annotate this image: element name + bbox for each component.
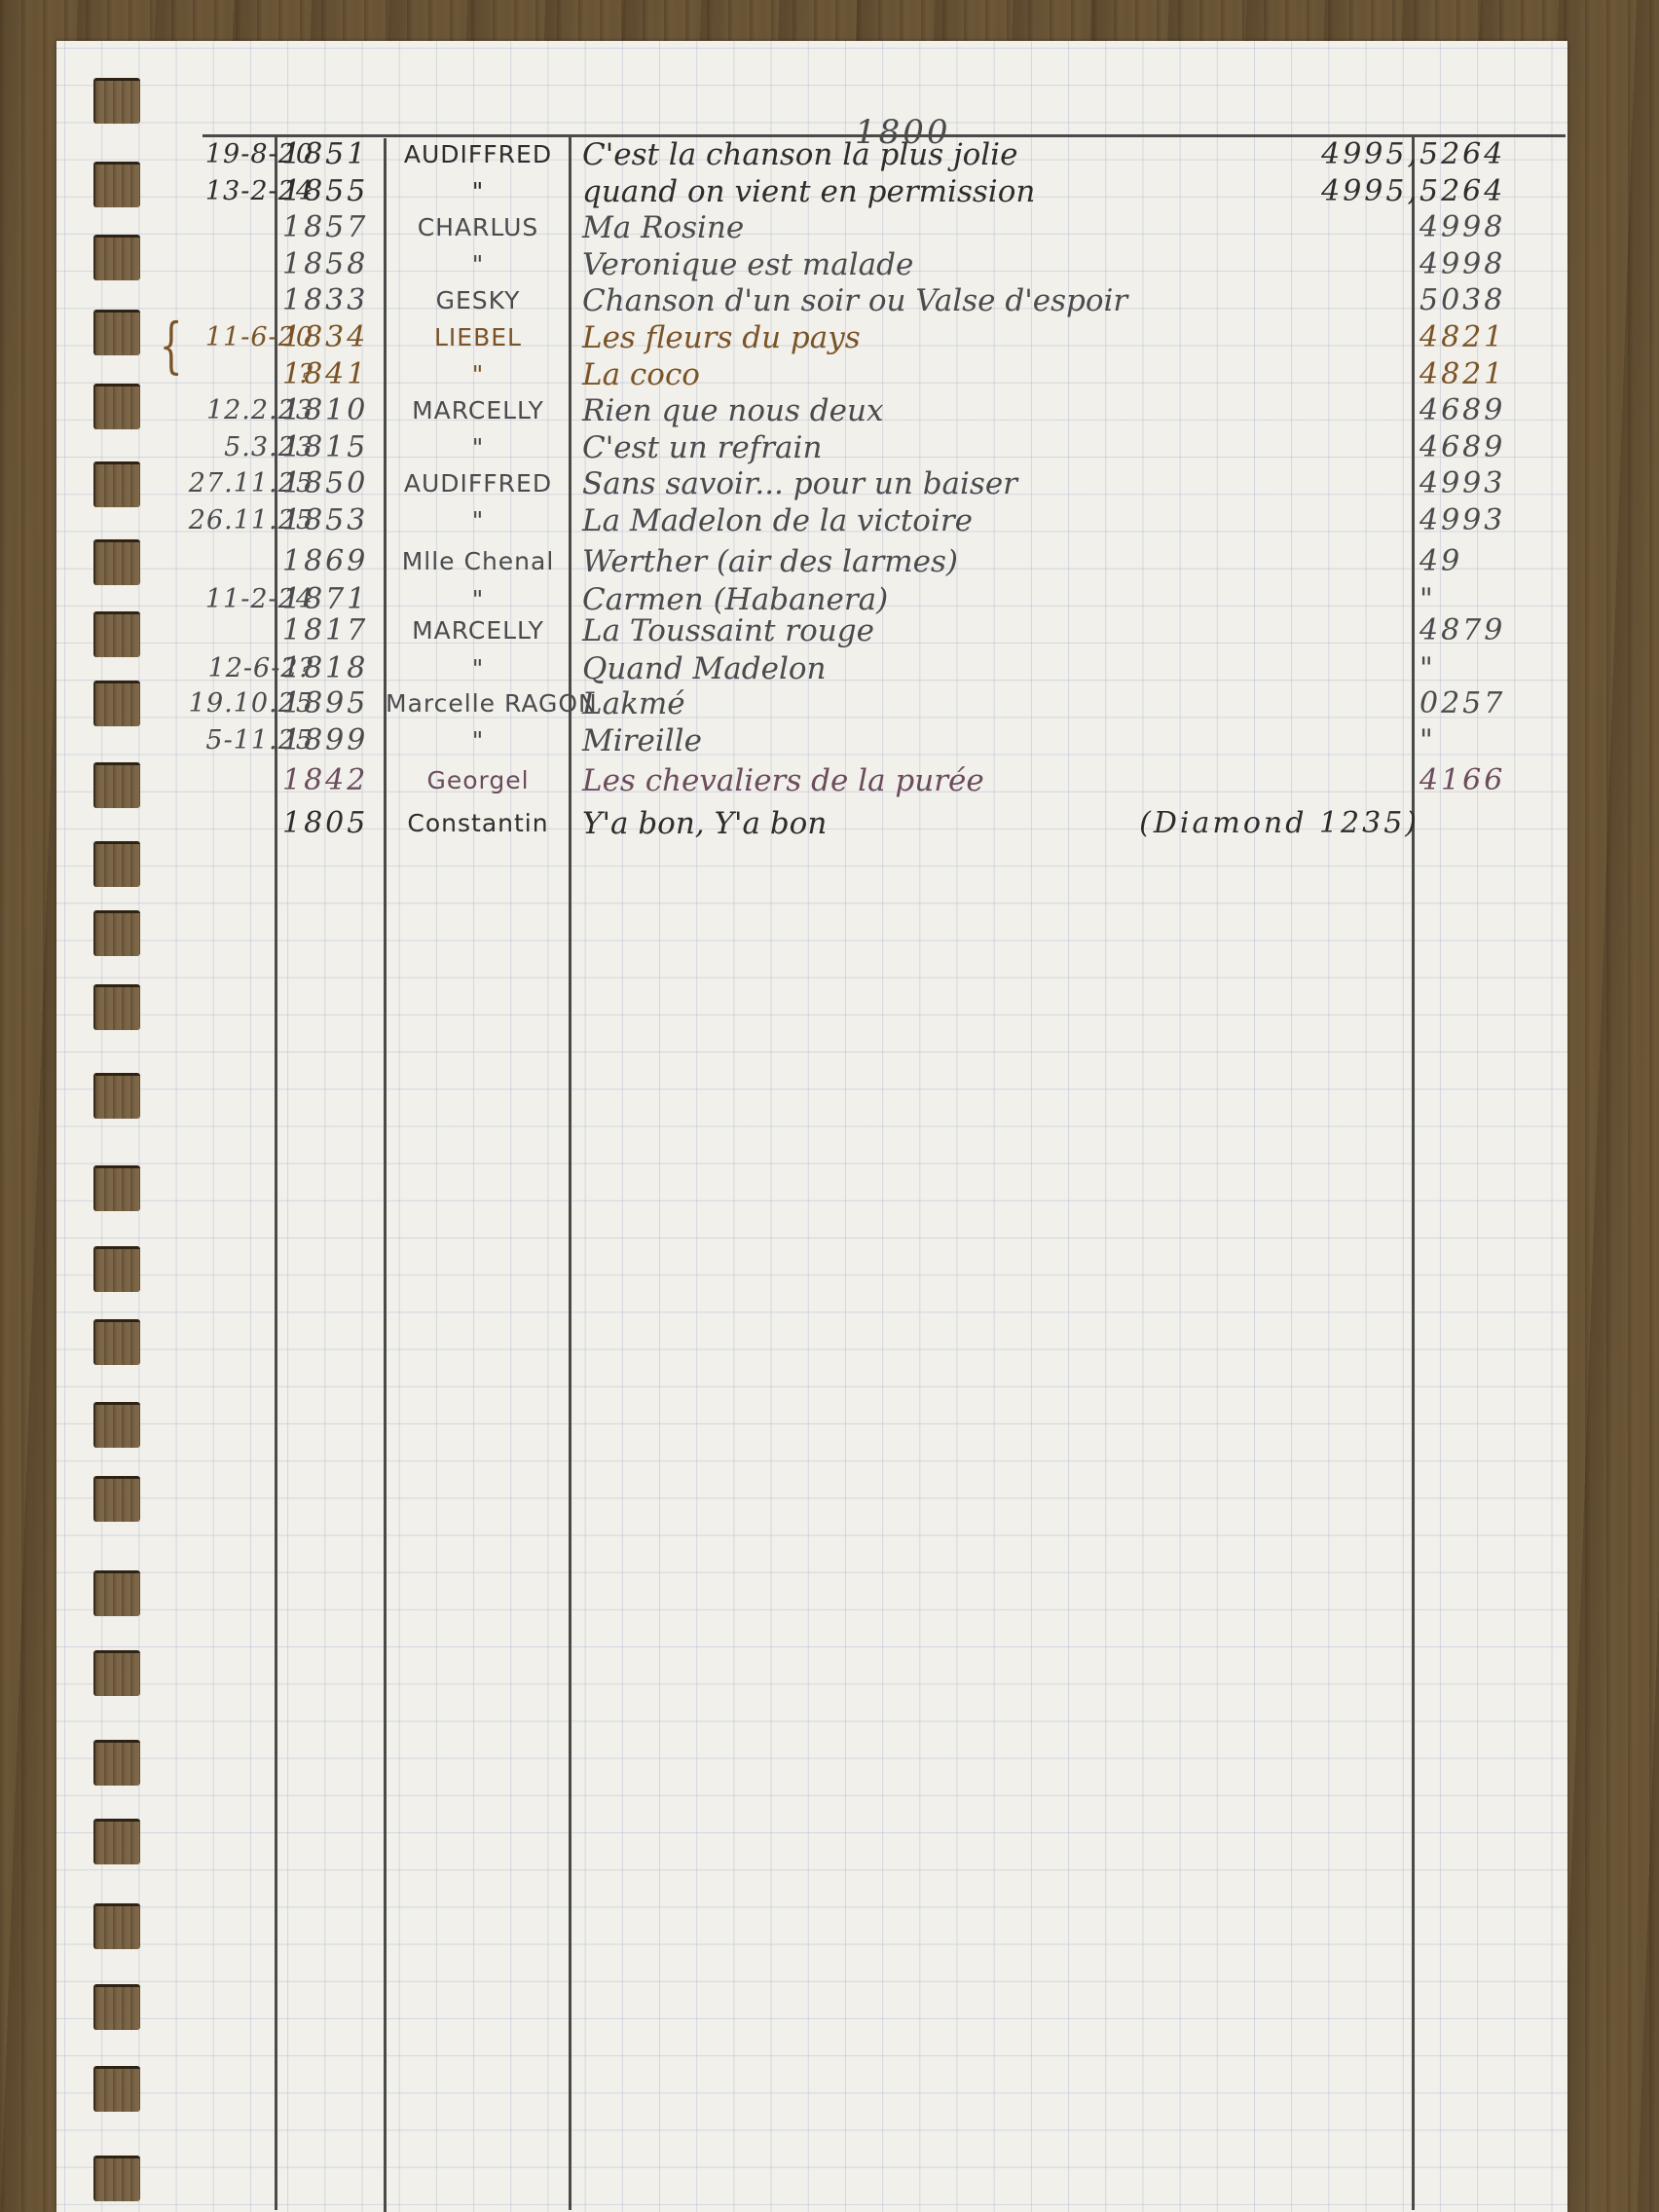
performer-cell: GESKY	[386, 282, 571, 319]
table-row: 5-11.251899"Mireille"	[56, 722, 1567, 759]
performer-cell: "	[386, 246, 571, 283]
song-title-cell: Veronique est malade	[582, 246, 1264, 283]
table-row: 1805ConstantinY'a bon, Y'a bon(Diamond 1…	[56, 805, 1567, 842]
binder-hole	[93, 1740, 140, 1786]
record-number-cell: 1818	[282, 650, 389, 687]
binder-hole	[93, 1402, 140, 1448]
record-number-cell: 1815	[282, 429, 389, 466]
catalog-number-cell: 4998	[1419, 246, 1566, 283]
catalog-number-cell: 4998	[1419, 209, 1566, 246]
table-row: 1858"Veronique est malade4998	[56, 246, 1567, 283]
song-title-cell: Rien que nous deux	[582, 392, 1264, 429]
binder-hole	[93, 1570, 140, 1616]
record-number-cell: 1851	[282, 136, 389, 173]
binder-hole	[93, 1073, 140, 1119]
record-number-cell: 1858	[282, 246, 389, 283]
table-row: 5.3.231815"C'est un refrain4689	[56, 429, 1567, 466]
catalog-number-cell: 5038	[1419, 282, 1566, 319]
reference-cell: 4995,	[1059, 173, 1419, 210]
catalog-number-cell: 4689	[1419, 429, 1566, 466]
binder-hole	[93, 2066, 140, 2112]
performer-cell: "	[386, 429, 571, 466]
catalog-number-cell: 4689	[1419, 392, 1566, 429]
record-number-cell: 1841	[282, 356, 389, 393]
song-title-cell: C'est un refrain	[582, 429, 1264, 466]
table-row: 1857CHARLUSMa Rosine4998	[56, 209, 1567, 246]
performer-cell: Mlle Chenal	[386, 543, 571, 580]
catalog-number-cell: 4821	[1419, 356, 1566, 393]
table-row: 1869Mlle ChenalWerther (air des larmes)4…	[56, 543, 1567, 580]
performer-cell: "	[386, 502, 571, 539]
table-row: 1842GeorgelLes chevaliers de la purée416…	[56, 762, 1567, 799]
binder-hole	[93, 1903, 140, 1949]
binder-hole	[93, 984, 140, 1030]
song-title-cell: La Toussaint rouge	[582, 612, 1264, 649]
table-row: 1833GESKYChanson d'un soir ou Valse d'es…	[56, 282, 1567, 319]
binder-hole	[93, 1246, 140, 1292]
song-title-cell: Les fleurs du pays	[582, 319, 1264, 356]
binder-hole	[93, 841, 140, 887]
performer-cell: MARCELLY	[386, 612, 571, 649]
record-number-cell: 1834	[282, 319, 389, 356]
record-number-cell: 1895	[282, 685, 389, 722]
song-title-cell: La Madelon de la victoire	[582, 502, 1264, 539]
record-number-cell: 1833	[282, 282, 389, 319]
catalog-number-cell: 5264	[1419, 173, 1566, 210]
song-title-cell: Les chevaliers de la purée	[582, 762, 1264, 799]
binder-hole	[93, 78, 140, 124]
catalog-number-cell: 4821	[1419, 319, 1566, 356]
record-number-cell: 1817	[282, 612, 389, 649]
catalog-number-cell: 4879	[1419, 612, 1566, 649]
table-row: 19-8-201851AUDIFFREDC'est la chanson la …	[56, 136, 1567, 173]
catalog-number-cell: 4993	[1419, 465, 1566, 502]
performer-cell: AUDIFFRED	[386, 136, 571, 173]
binder-hole	[93, 1165, 140, 1211]
record-number-cell: 1869	[282, 543, 389, 580]
song-title-cell: Sans savoir... pour un baiser	[582, 465, 1264, 502]
record-number-cell: 1842	[282, 762, 389, 799]
performer-cell: Georgel	[386, 762, 571, 799]
song-title-cell: Lakmé	[582, 685, 1264, 722]
table-row: 12-6-2?1818"Quand Madelon"	[56, 650, 1567, 687]
record-number-cell: 1857	[282, 209, 389, 246]
song-title-cell: Chanson d'un soir ou Valse d'espoir	[582, 282, 1264, 319]
record-number-cell: 1899	[282, 722, 389, 759]
catalog-number-cell: 0257	[1419, 685, 1566, 722]
table-row: 1817MARCELLYLa Toussaint rouge4879	[56, 612, 1567, 649]
notebook-page: 1800 { 19-8-201851AUDIFFREDC'est la chan…	[56, 41, 1567, 2212]
record-number-cell: 1855	[282, 173, 389, 210]
performer-cell: "	[386, 650, 571, 687]
performer-cell: "	[386, 356, 571, 393]
binder-hole	[93, 1819, 140, 1864]
table-row: 19.10.251895Marcelle RAGONLakmé0257	[56, 685, 1567, 722]
binder-hole	[93, 1476, 140, 1522]
song-title-cell: Quand Madelon	[582, 650, 1264, 687]
binder-hole	[93, 1319, 140, 1365]
binder-hole	[93, 1984, 140, 2030]
catalog-number-cell: 4166	[1419, 762, 1566, 799]
record-number-cell: 1850	[282, 465, 389, 502]
song-title-cell: Werther (air des larmes)	[582, 543, 1264, 580]
table-row: 27.11.251850AUDIFFREDSans savoir... pour…	[56, 465, 1567, 502]
binder-hole	[93, 2156, 140, 2201]
catalog-number-cell: "	[1419, 650, 1566, 687]
performer-cell: Marcelle RAGON	[386, 685, 571, 722]
performer-cell: AUDIFFRED	[386, 465, 571, 502]
record-number-cell: 1805	[282, 805, 389, 842]
catalog-number-cell: 49	[1419, 543, 1566, 580]
catalog-number-cell: "	[1419, 722, 1566, 759]
table-row: ?1841"La coco4821	[56, 356, 1567, 393]
performer-cell: LIEBEL	[386, 319, 571, 356]
song-title-cell: Mireille	[582, 722, 1264, 759]
song-title-cell: Ma Rosine	[582, 209, 1264, 246]
song-title-cell: La coco	[582, 356, 1264, 393]
reference-cell: (Diamond 1235)	[1059, 805, 1419, 842]
record-number-cell: 1853	[282, 502, 389, 539]
performer-cell: CHARLUS	[386, 209, 571, 246]
binder-hole	[93, 1650, 140, 1696]
performer-cell: Constantin	[386, 805, 571, 842]
reference-cell: 4995,	[1059, 136, 1419, 173]
table-row: 12.2.231810MARCELLYRien que nous deux468…	[56, 392, 1567, 429]
binder-hole	[93, 910, 140, 956]
catalog-number-cell: 4993	[1419, 502, 1566, 539]
table-row: 26.11.251853"La Madelon de la victoire49…	[56, 502, 1567, 539]
table-row: 13-2-241855"quand on vient en permission…	[56, 173, 1567, 210]
performer-cell: "	[386, 173, 571, 210]
catalog-number-cell: 5264	[1419, 136, 1566, 173]
table-row: 11-6-201834LIEBELLes fleurs du pays4821	[56, 319, 1567, 356]
record-number-cell: 1810	[282, 392, 389, 429]
performer-cell: MARCELLY	[386, 392, 571, 429]
performer-cell: "	[386, 722, 571, 759]
